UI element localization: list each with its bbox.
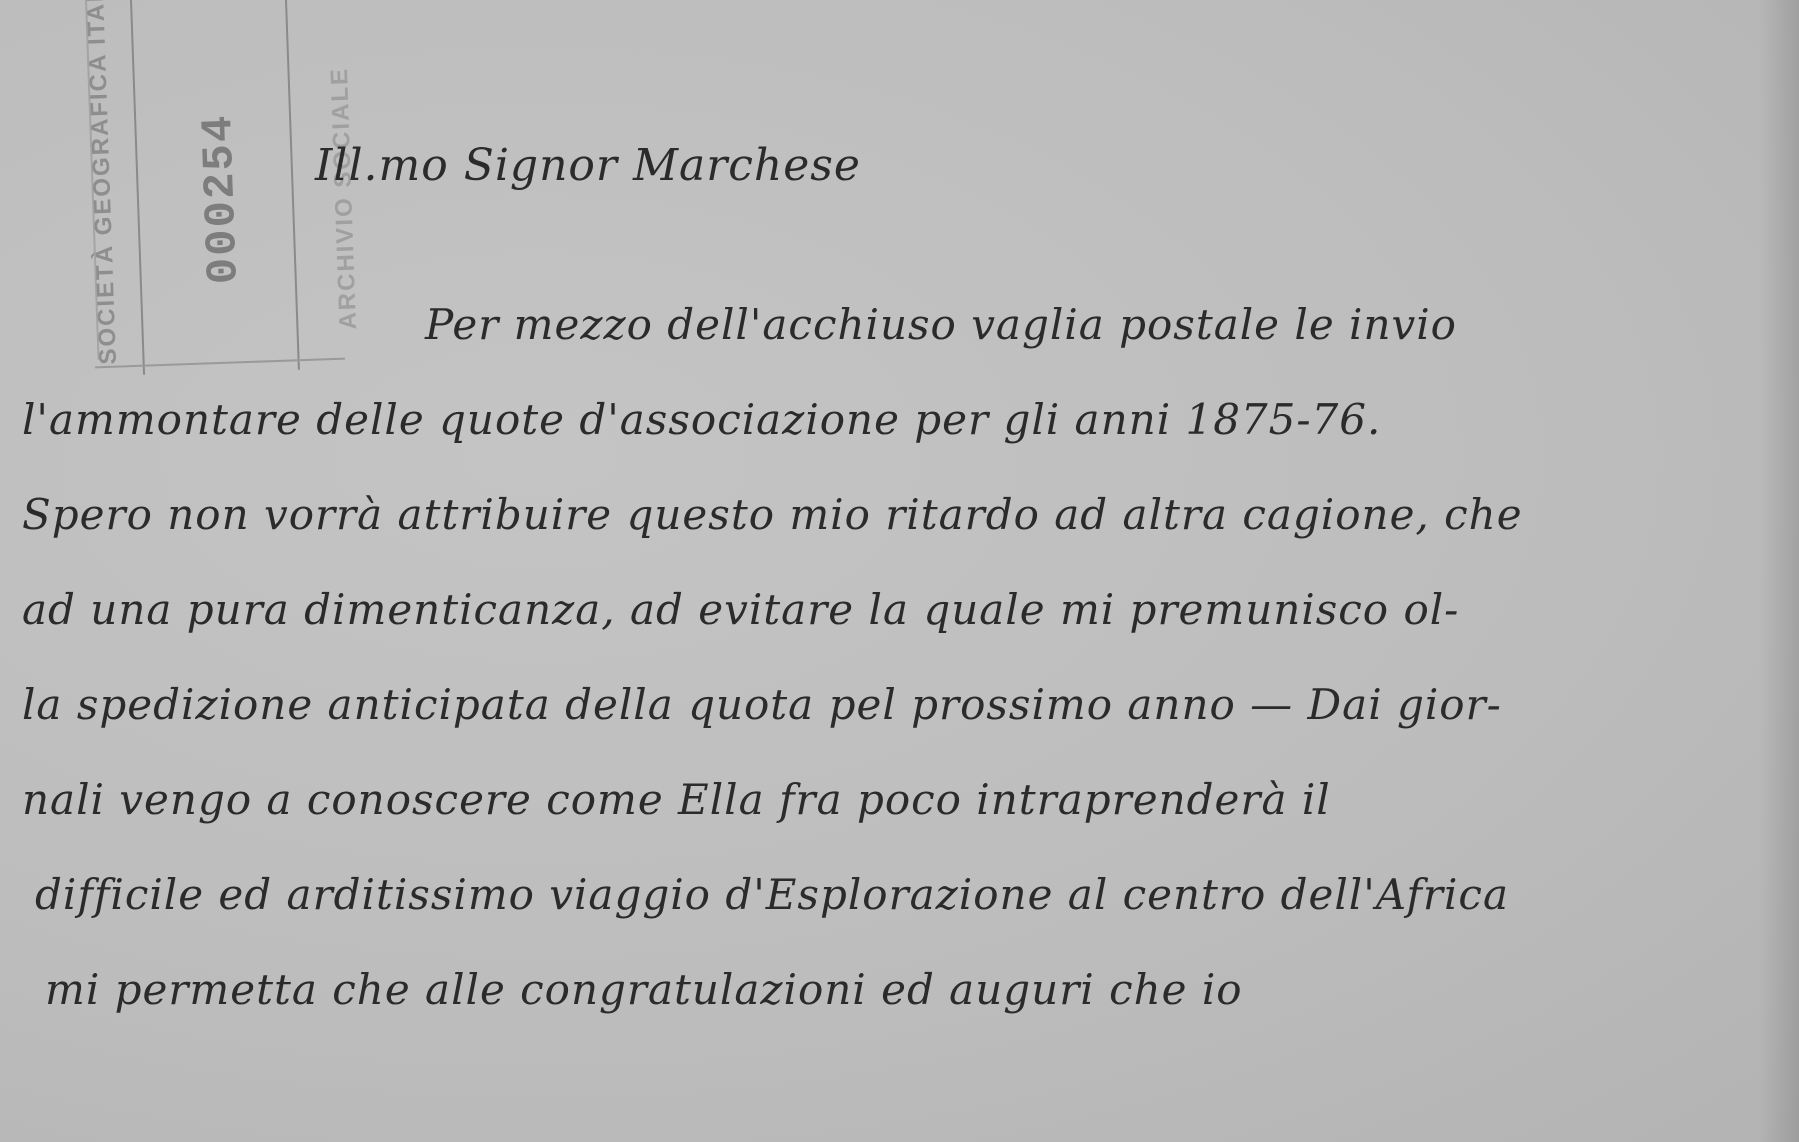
letter-line: l'ammontare delle quote d'associazione p… <box>22 395 1381 444</box>
letter-line: Per mezzo dell'acchiuso vaglia postale l… <box>425 300 1457 349</box>
letter-line: mi permetta che alle congratulazioni ed … <box>45 965 1243 1014</box>
stamp-border-line <box>130 0 145 375</box>
stamp-number: 000254 <box>194 113 250 285</box>
stamp-border-line <box>95 358 345 369</box>
letter-line: Spero non vorrà attribuire questo mio ri… <box>22 490 1523 539</box>
paper-edge-shadow <box>1759 0 1799 1142</box>
letter-line: ad una pura dimenticanza, ad evitare la … <box>22 585 1459 634</box>
letter-line: la spedizione anticipata della quota pel… <box>22 680 1502 729</box>
stamp-border-line <box>285 0 300 370</box>
letter-line: nali vengo a conoscere come Ella fra poc… <box>22 775 1331 824</box>
letter-salutation: Ill.mo Signor Marchese <box>315 140 861 191</box>
letter-line: difficile ed arditissimo viaggio d'Esplo… <box>35 870 1509 919</box>
